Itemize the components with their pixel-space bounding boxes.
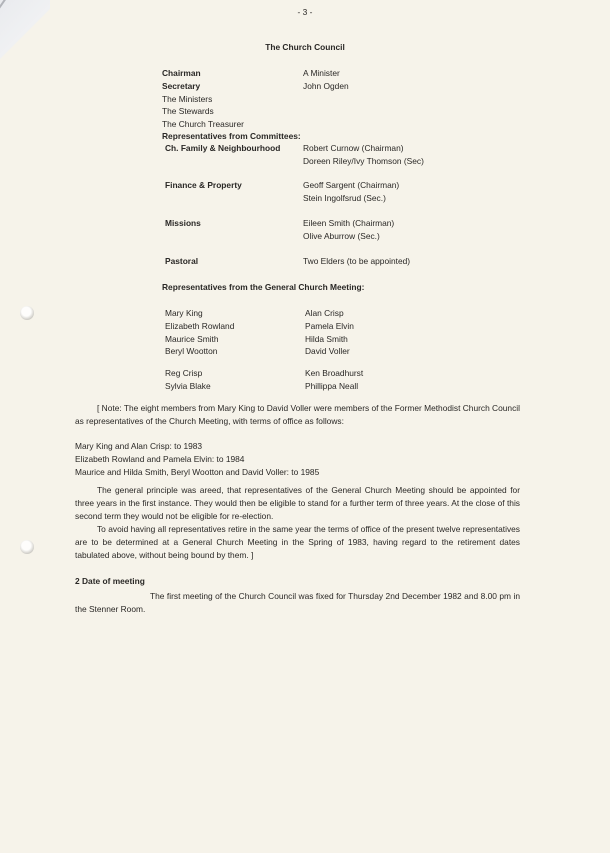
committee-member: Eileen Smith (Chairman): [303, 218, 394, 228]
representative-name: Hilda Smith: [305, 334, 348, 344]
punch-hole: [20, 306, 34, 320]
representative-name: Elizabeth Rowland: [165, 321, 234, 331]
representative-name: Maurice Smith: [165, 334, 219, 344]
representative-name: Pamela Elvin: [305, 321, 354, 331]
page-number: - 3 -: [0, 7, 610, 17]
officer-role: The Ministers: [162, 94, 212, 104]
representative-name: Sylvia Blake: [165, 381, 211, 391]
punch-hole: [20, 540, 34, 554]
officer-name: A Minister: [303, 68, 340, 78]
representative-name: Beryl Wootton: [165, 346, 217, 356]
committee-name: Finance & Property: [165, 180, 242, 190]
committee-member: Stein Ingolfsrud (Sec.): [303, 193, 386, 203]
term-line: Mary King and Alan Crisp: to 1983: [75, 441, 202, 451]
officer-role: Chairman: [162, 68, 201, 78]
representative-name: David Voller: [305, 346, 350, 356]
note-paragraph-1: The general principle was areed, that re…: [75, 484, 520, 523]
representative-name: Mary King: [165, 308, 203, 318]
section-2-heading: 2 Date of meeting: [75, 576, 145, 586]
term-line: Elizabeth Rowland and Pamela Elvin: to 1…: [75, 454, 244, 464]
officer-role: The Stewards: [162, 106, 214, 116]
committee-member: Two Elders (to be appointed): [303, 256, 410, 266]
committee-member: Olive Aburrow (Sec.): [303, 231, 380, 241]
representative-name: Phillippa Neall: [305, 381, 358, 391]
note-intro: [ Note: The eight members from Mary King…: [75, 402, 520, 428]
officer-role: Secretary: [162, 81, 200, 91]
committee-name: Ch. Family & Neighbourhood: [165, 143, 280, 153]
committee-name: Pastoral: [165, 256, 198, 266]
representative-name: Reg Crisp: [165, 368, 202, 378]
committee-member: Robert Curnow (Chairman): [303, 143, 404, 153]
page-title: The Church Council: [0, 42, 610, 52]
representative-name: Ken Broadhurst: [305, 368, 363, 378]
section-2-body: The first meeting of the Church Council …: [75, 590, 520, 616]
committees-heading: Representatives from Committees:: [162, 131, 301, 141]
term-line: Maurice and Hilda Smith, Beryl Wootton a…: [75, 467, 319, 477]
officer-role: The Church Treasurer: [162, 119, 244, 129]
committee-member: Doreen Riley/Ivy Thomson (Sec): [303, 156, 424, 166]
general-meeting-heading: Representatives from the General Church …: [162, 282, 364, 292]
note-paragraph-2: To avoid having all representatives reti…: [75, 523, 520, 562]
representative-name: Alan Crisp: [305, 308, 344, 318]
officer-name: John Ogden: [303, 81, 349, 91]
committee-name: Missions: [165, 218, 201, 228]
committee-member: Geoff Sargent (Chairman): [303, 180, 399, 190]
